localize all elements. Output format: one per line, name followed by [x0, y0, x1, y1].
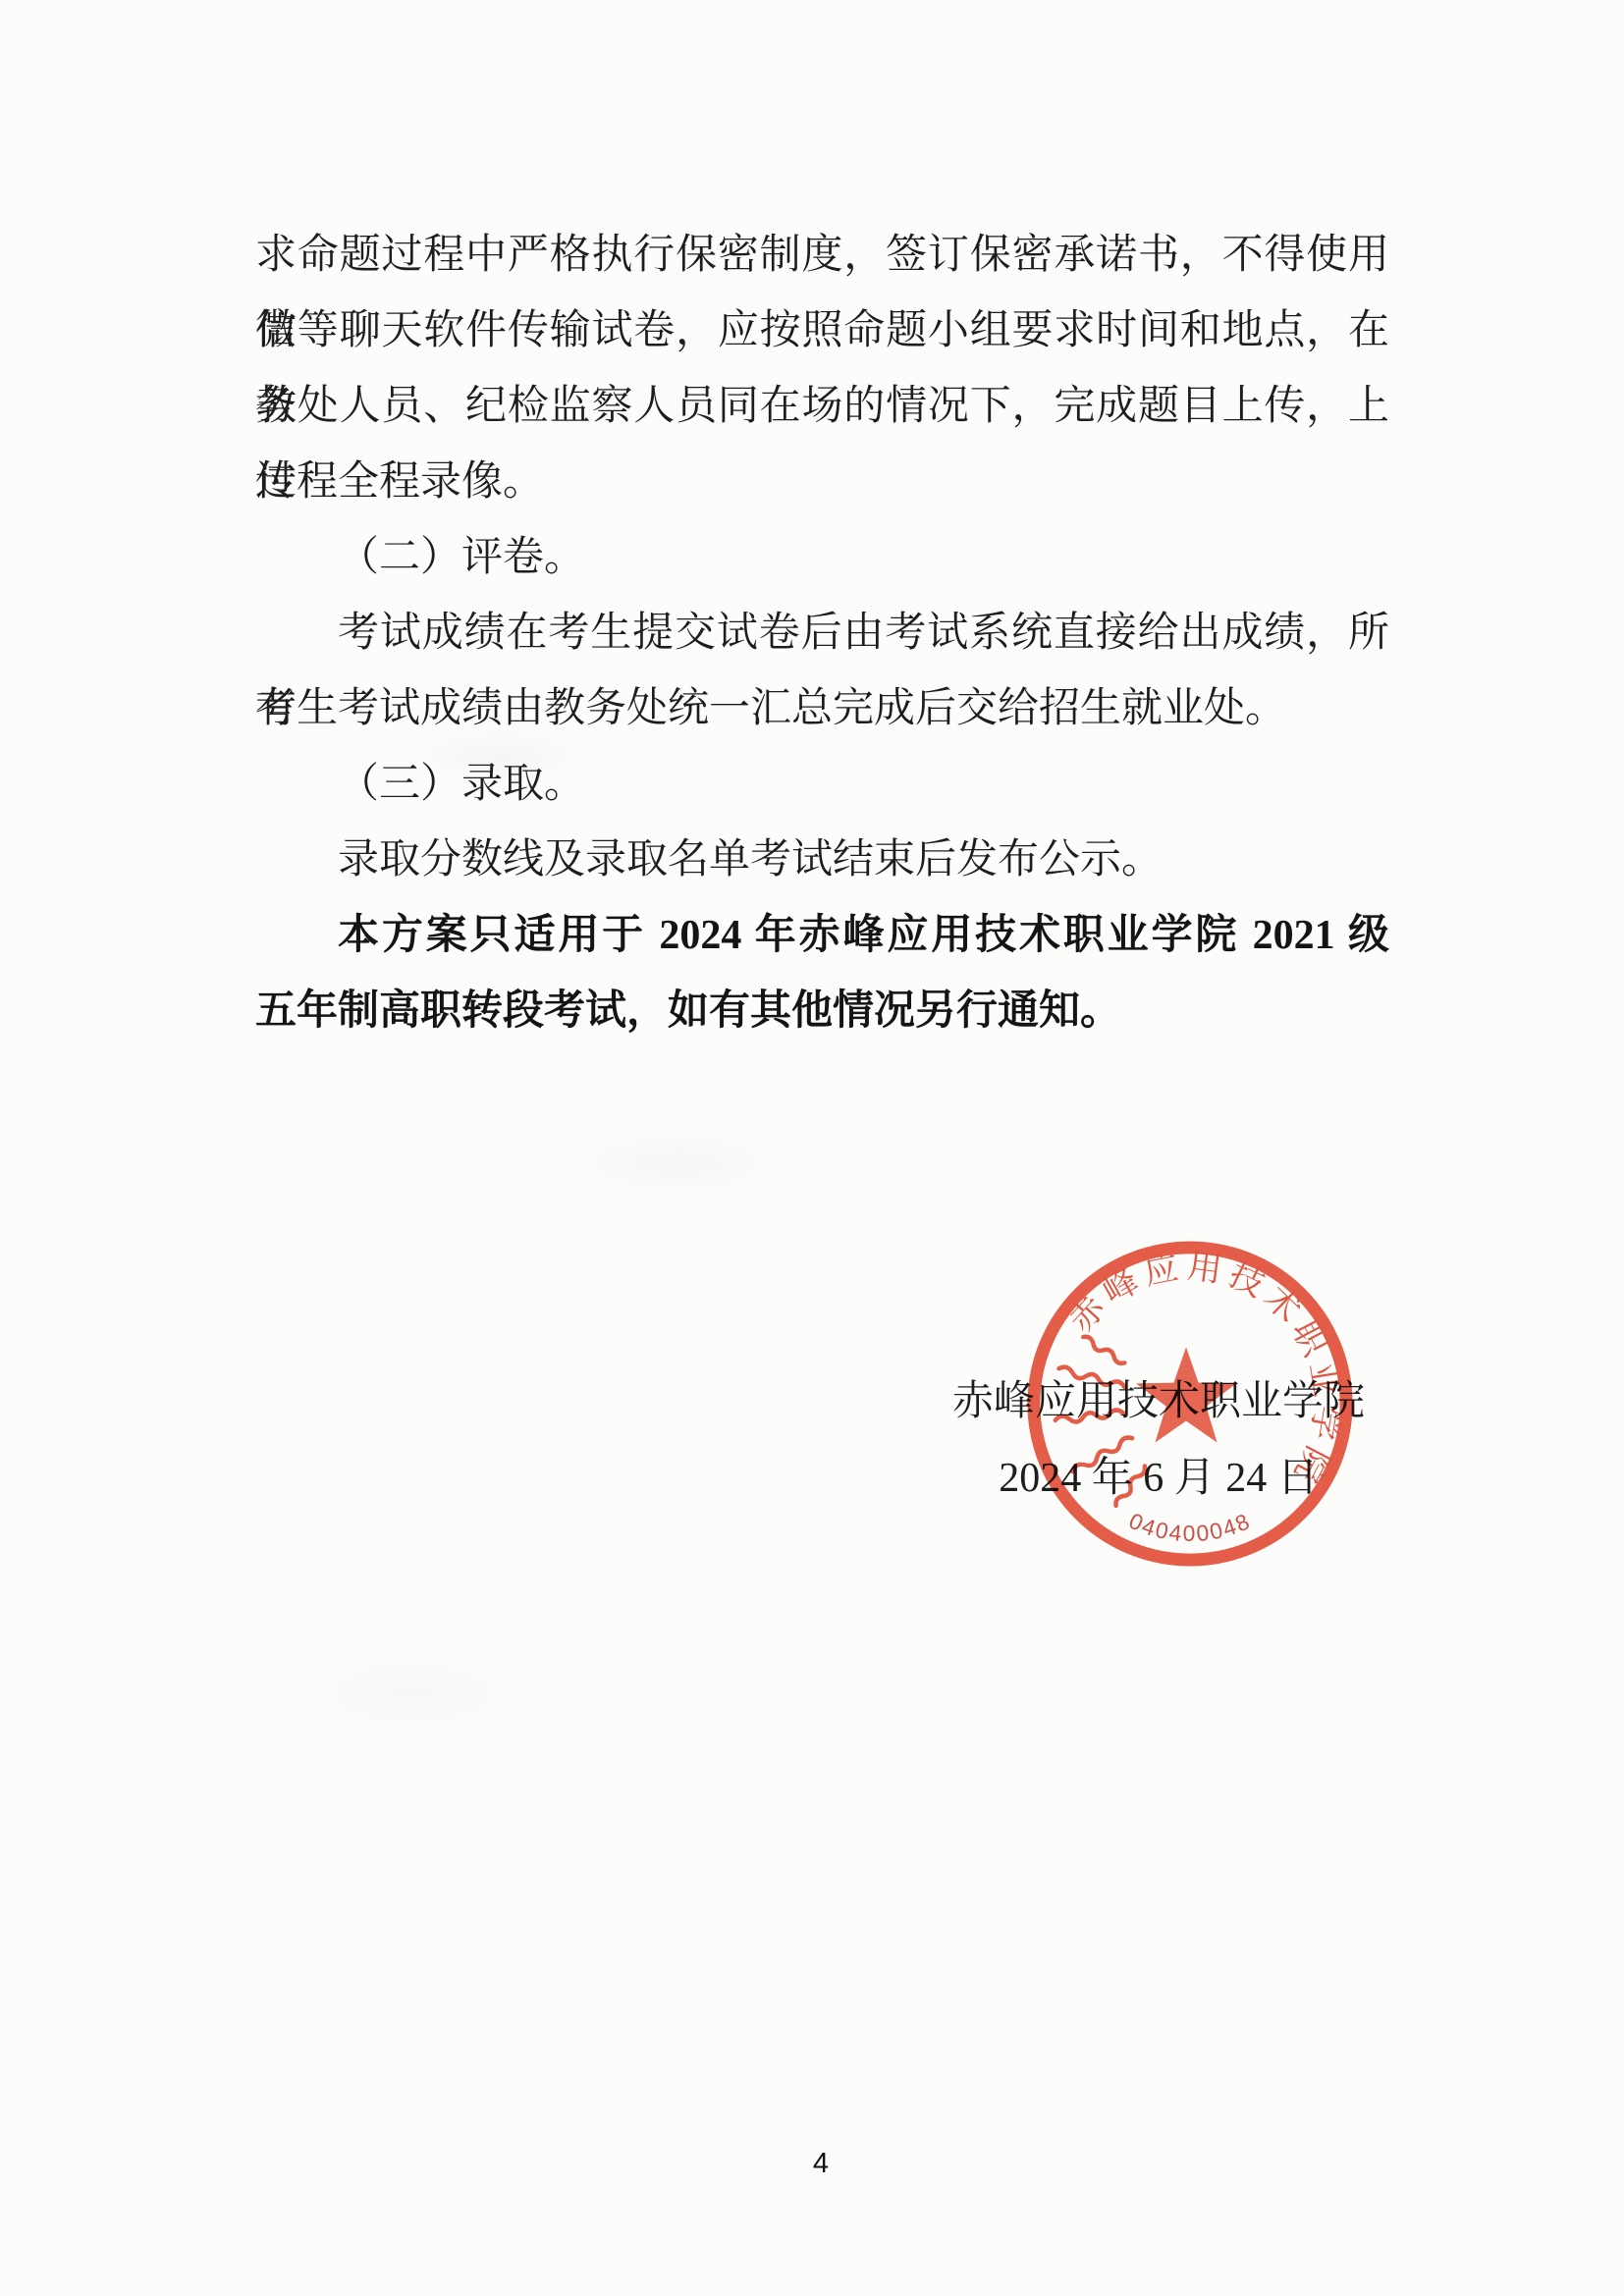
body-line-heading: （三）录取。 [255, 747, 1389, 823]
scan-smudge [295, 1649, 530, 1737]
body-text: 求命题过程中严格执行保密制度，签订保密承诺书，不得使用微 信等聊天软件传输试卷，… [255, 218, 1389, 1049]
scan-smudge [569, 1129, 785, 1198]
seal-mongolian-script [1055, 1335, 1147, 1508]
body-line: 考试成绩在考生提交试卷后由考试系统直接给出成绩，所有 [255, 596, 1389, 671]
document-page: 求命题过程中严格执行保密制度，签订保密承诺书，不得使用微 信等聊天软件传输试卷，… [0, 0, 1624, 2296]
svg-text:赤峰应用技术职业学院: 赤峰应用技术职业学院 [1061, 1247, 1346, 1493]
body-line: 考生考试成绩由教务处统一汇总完成后交给招生就业处。 [255, 671, 1389, 747]
seal-star [1136, 1347, 1236, 1442]
official-seal: 赤峰应用技术职业学院 1504040004877 [1019, 1233, 1361, 1575]
page-number: 4 [20, 2148, 1622, 2180]
body-line-emphasis: 本方案只适用于 2024 年赤峰应用技术职业学院 2021 级 [255, 898, 1389, 974]
seal-arc-text: 赤峰应用技术职业学院 [1061, 1247, 1346, 1493]
body-line: 信等聊天软件传输试卷，应按照命题小组要求时间和地点，在教 [255, 294, 1389, 369]
body-line: 务处人员、纪检监察人员同在场的情况下，完成题目上传，上传 [255, 369, 1389, 445]
body-line: 过程全程录像。 [255, 445, 1389, 520]
body-line: 求命题过程中严格执行保密制度，签订保密承诺书，不得使用微 [255, 218, 1389, 294]
body-line: 录取分数线及录取名单考试结束后发布公示。 [255, 823, 1389, 898]
body-line-emphasis: 五年制高职转段考试，如有其他情况另行通知。 [255, 974, 1389, 1049]
body-line-heading: （二）评卷。 [255, 520, 1389, 596]
